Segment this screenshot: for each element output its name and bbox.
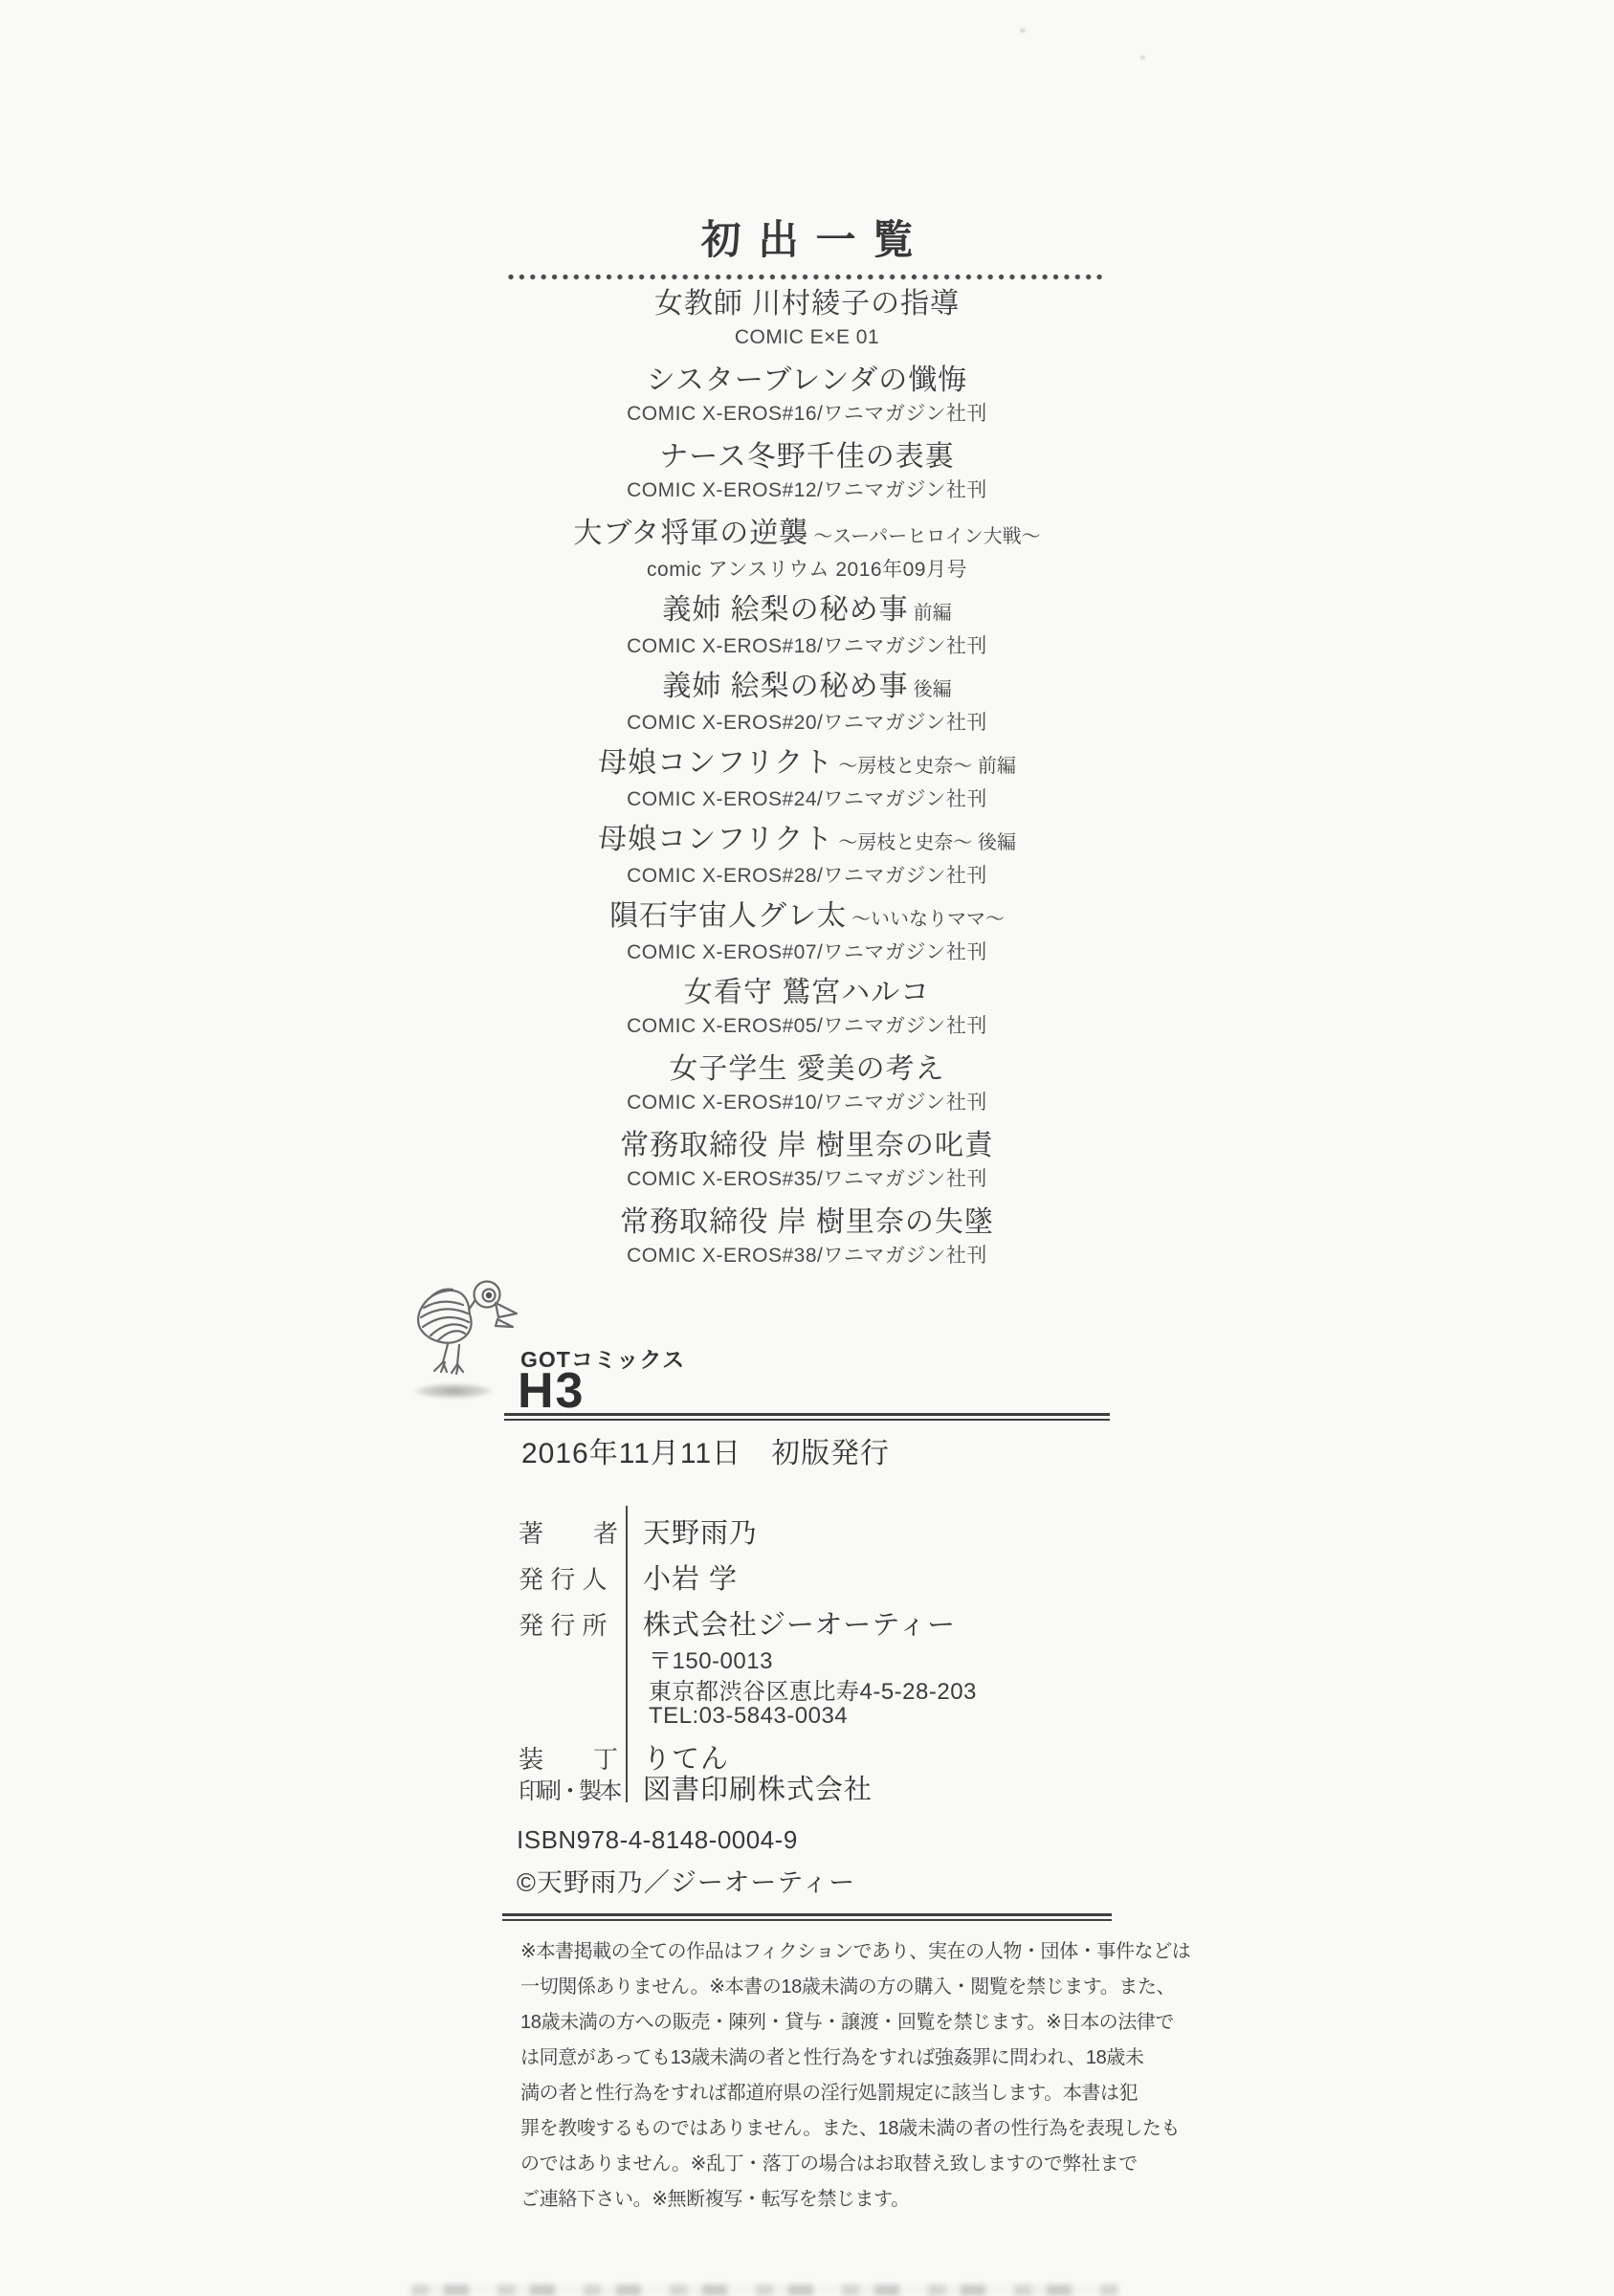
disclaimer-line: のではありません。※乱丁・落丁の場合はお取替え致しますので弊社まで	[520, 2147, 1133, 2182]
entry-title: 女子学生 愛美の考え	[504, 1050, 1110, 1089]
disclaimer-line: 罪を教唆するものではありません。また、18歳未満の者の性行為を表現したも	[520, 2111, 1133, 2147]
entry-title: 義姉 絵梨の秘め事後編	[504, 668, 1110, 709]
entry-title-text: 女子学生 愛美の考え	[669, 1053, 944, 1085]
disclaimer-line: 一切関係ありません。※本書の18歳未満の方の購入・閲覧を禁じます。また、	[520, 1970, 1133, 2005]
entry-title-suffix: ～房枝と史奈～ 前編	[838, 756, 1016, 777]
row-value: 小岩 学	[643, 1557, 738, 1597]
publication-entry: シスターブレンダの懺悔 COMIC X-EROS#16/ワニマガジン社刊	[504, 362, 1110, 438]
entry-source: COMIC X-EROS#38/ワニマガジン社刊	[504, 1242, 1110, 1270]
disclaimer-line: 満の者と性行為をすれば都道府県の淫行処罰規定に該当します。本書は犯	[520, 2076, 1133, 2111]
entry-title-text: 女教師 川村綾子の指導	[654, 288, 960, 320]
entry-title: シスターブレンダの懺悔	[504, 362, 1110, 400]
entry-title-text: 女看守 鷲宮ハルコ	[684, 977, 930, 1008]
colophon-page: 初出一覧 女教師 川村綾子の指導 COMIC E×E 01 シスターブレンダの懺…	[0, 0, 1614, 2296]
colophon-row-printing: 印刷・製本図書印刷株式会社	[519, 1768, 873, 1807]
publication-entry: 母娘コンフリクト～房枝と史奈～ 前編 COMIC X-EROS#24/ワニマガジ…	[504, 744, 1110, 821]
publication-entry: 大ブタ将軍の逆襲～スーパーヒロイン大戦～ comic アンスリウム 2016年0…	[504, 515, 1110, 591]
entry-title-text: 母娘コンフリクト	[598, 824, 833, 855]
bird-doodle-icon	[409, 1278, 522, 1376]
entry-source: COMIC X-EROS#20/ワニマガジン社刊	[504, 709, 1110, 738]
entry-title: 母娘コンフリクト～房枝と史奈～ 後編	[504, 821, 1110, 862]
row-label: 発 行 所	[519, 1606, 622, 1642]
row-value: 天野雨乃	[643, 1512, 758, 1551]
entry-title-text: 常務取締役 岸 樹里奈の失墜	[620, 1206, 994, 1238]
entry-source: COMIC X-EROS#35/ワニマガジン社刊	[504, 1165, 1110, 1194]
entry-title-text: 隕石宇宙人グレ太	[609, 900, 847, 932]
book-title: H3	[518, 1362, 585, 1420]
shadow-smudge	[414, 1383, 493, 1399]
entry-title-text: 義姉 絵梨の秘め事	[662, 594, 908, 626]
entry-source: COMIC X-EROS#24/ワニマガジン社刊	[504, 785, 1110, 814]
disclaimer-line: ※本書掲載の全ての作品はフィクションであり、実在の人物・団体・事件などは	[520, 1934, 1133, 1970]
publication-entry: 女看守 鷲宮ハルコ COMIC X-EROS#05/ワニマガジン社刊	[504, 974, 1110, 1050]
copyright: ©天野雨乃／ジーオーティー	[517, 1862, 855, 1899]
entry-title: 常務取締役 岸 樹里奈の叱責	[504, 1127, 1110, 1165]
row-value: 株式会社ジーオーティー	[643, 1603, 956, 1643]
entry-source: COMIC E×E 01	[504, 323, 1110, 352]
disclaimer-line: ご連絡下さい。※無断複写・転写を禁じます。	[520, 2182, 1133, 2218]
entry-title-suffix: 前編	[914, 603, 952, 624]
entry-source: COMIC X-EROS#05/ワニマガジン社刊	[504, 1012, 1110, 1041]
dotted-divider	[508, 274, 1105, 280]
legal-disclaimer: ※本書掲載の全ての作品はフィクションであり、実在の人物・団体・事件などは 一切関…	[520, 1934, 1133, 2218]
entry-source: COMIC X-EROS#18/ワニマガジン社刊	[504, 632, 1110, 661]
publication-entry: 隕石宇宙人グレ太～いいなりママ～ COMIC X-EROS#07/ワニマガジン社…	[504, 897, 1110, 974]
entry-title-text: シスターブレンダの懺悔	[647, 364, 967, 396]
entry-title-suffix: ～いいなりママ～	[851, 909, 1005, 930]
entry-title-text: ナース冬野千佳の表裏	[659, 441, 955, 473]
scan-speck	[1140, 55, 1145, 59]
row-label: 発 行 人	[519, 1560, 622, 1596]
first-publication-heading: 初出一覧	[0, 209, 1614, 266]
row-label: 印刷・製本	[519, 1772, 622, 1805]
entry-source: COMIC X-EROS#10/ワニマガジン社刊	[504, 1089, 1110, 1117]
publication-entry: 義姉 絵梨の秘め事後編 COMIC X-EROS#20/ワニマガジン社刊	[504, 668, 1110, 744]
colophon-row-author: 著 者天野雨乃	[519, 1512, 758, 1551]
entry-title-text: 常務取締役 岸 樹里奈の叱責	[620, 1130, 994, 1161]
isbn: ISBN978-4-8148-0004-9	[517, 1825, 798, 1855]
publication-entry: 常務取締役 岸 樹里奈の叱責 COMIC X-EROS#35/ワニマガジン社刊	[504, 1127, 1110, 1203]
entry-title-text: 義姉 絵梨の秘め事	[662, 671, 908, 702]
edition-date: 2016年11月11日 初版発行	[521, 1429, 890, 1471]
disclaimer-line: 18歳未満の方への販売・陳列・貸与・譲渡・回覧を禁じます。※日本の法律で	[520, 2005, 1133, 2041]
publication-entry: 常務取締役 岸 樹里奈の失墜 COMIC X-EROS#38/ワニマガジン社刊	[504, 1203, 1110, 1280]
entry-title: 隕石宇宙人グレ太～いいなりママ～	[504, 897, 1110, 938]
row-label: 著 者	[519, 1514, 622, 1550]
entry-title: 常務取締役 岸 樹里奈の失墜	[504, 1203, 1110, 1242]
entry-source: COMIC X-EROS#28/ワニマガジン社刊	[504, 862, 1110, 891]
disclaimer-line: は同意があっても13歳未満の者と性行為をすれば強姦罪に問われ、18歳未	[520, 2041, 1133, 2076]
publication-entry: 母娘コンフリクト～房枝と史奈～ 後編 COMIC X-EROS#28/ワニマガジ…	[504, 821, 1110, 897]
entry-title: 母娘コンフリクト～房枝と史奈～ 前編	[504, 744, 1110, 785]
entry-title: 女看守 鷲宮ハルコ	[504, 974, 1110, 1012]
entry-source: comic アンスリウム 2016年09月号	[504, 556, 1110, 585]
publication-entry: 女教師 川村綾子の指導 COMIC E×E 01	[504, 285, 1110, 362]
postal-code: 〒150-0013	[649, 1642, 773, 1675]
double-rule-top	[504, 1413, 1110, 1421]
colophon-row-publisher-company: 発 行 所株式会社ジーオーティー	[519, 1603, 956, 1643]
entry-source: COMIC X-EROS#07/ワニマガジン社刊	[504, 938, 1110, 967]
entry-title-suffix: ～房枝と史奈～ 後編	[838, 832, 1016, 853]
entry-title-text: 大ブタ将軍の逆襲	[573, 518, 808, 549]
publication-entry: 義姉 絵梨の秘め事前編 COMIC X-EROS#18/ワニマガジン社刊	[504, 591, 1110, 668]
address: 東京都渋谷区恵比寿4-5-28-203	[649, 1672, 977, 1706]
scan-speck	[1020, 29, 1026, 33]
entry-title: 女教師 川村綾子の指導	[504, 285, 1110, 323]
entry-title: ナース冬野千佳の表裏	[504, 438, 1110, 476]
entry-title: 義姉 絵梨の秘め事前編	[504, 591, 1110, 632]
double-rule-bottom	[502, 1913, 1112, 1921]
entry-source: COMIC X-EROS#12/ワニマガジン社刊	[504, 476, 1110, 505]
first-publication-list: 女教師 川村綾子の指導 COMIC E×E 01 シスターブレンダの懺悔 COM…	[504, 285, 1110, 1280]
entry-title: 大ブタ将軍の逆襲～スーパーヒロイン大戦～	[504, 515, 1110, 556]
entry-title-text: 母娘コンフリクト	[598, 747, 833, 779]
entry-title-suffix: 後編	[914, 679, 952, 700]
entry-title-suffix: ～スーパーヒロイン大戦～	[813, 526, 1040, 547]
row-value: 図書印刷株式会社	[643, 1768, 873, 1807]
colophon-row-publisher-person: 発 行 人小岩 学	[519, 1557, 738, 1597]
phone-number: TEL:03-5843-0034	[649, 1703, 848, 1730]
page-bleed-artifact	[411, 2285, 1119, 2296]
publication-entry: 女子学生 愛美の考え COMIC X-EROS#10/ワニマガジン社刊	[504, 1050, 1110, 1127]
entry-source: COMIC X-EROS#16/ワニマガジン社刊	[504, 400, 1110, 429]
publication-entry: ナース冬野千佳の表裏 COMIC X-EROS#12/ワニマガジン社刊	[504, 438, 1110, 515]
